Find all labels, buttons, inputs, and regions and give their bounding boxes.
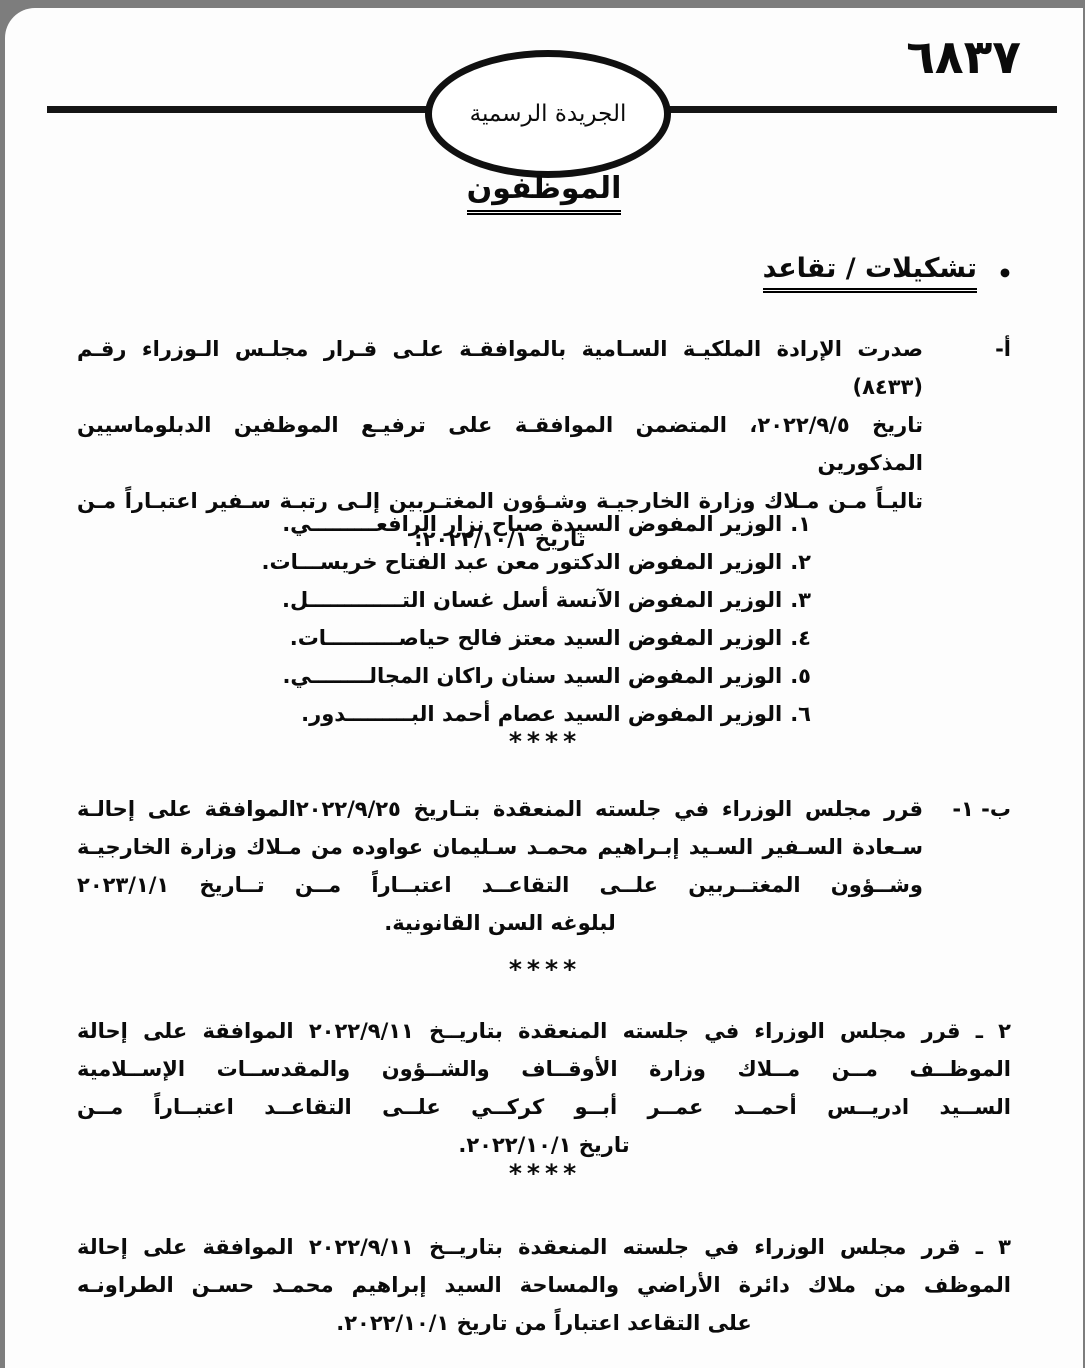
bullet-icon: • xyxy=(997,261,1013,286)
list-item-text: الوزير المفوض السيدة صباح نزار الرافعـــ… xyxy=(282,505,782,543)
text-line: ٢ ـ قرر مجلس الوزراء في جلسته المنعقدة ب… xyxy=(77,1012,1011,1050)
text-line: الموظف من ملاك دائرة الأراضي والمساحة ال… xyxy=(77,1266,1011,1304)
main-heading: الموظفون xyxy=(5,171,1083,206)
list-item-text: الوزير المفوض الدكتور معن عبد الفتاح خري… xyxy=(262,543,783,581)
list-item-number: ٢. xyxy=(790,543,811,581)
list-item-text: الوزير المفوض السيد معتز فالح حياصــــــ… xyxy=(290,619,782,657)
list-item: ٢. الوزير المفوض الدكتور معن عبد الفتاح … xyxy=(262,543,811,581)
section-heading-text: تشكيلات / تقاعد xyxy=(763,253,977,293)
text-line: لبلوغه السن القانونية. xyxy=(77,904,923,942)
text-line: قرر مجلس الوزراء في جلسته المنعقدة بتـار… xyxy=(77,790,923,828)
list-item-number: ٣. xyxy=(790,581,811,619)
text-line: على التقاعد اعتباراً من تاريخ ٢٠٢٢/١٠/١. xyxy=(77,1304,1011,1342)
paragraph-b1-marker: ب- ١- xyxy=(923,790,1011,942)
list-item-number: ٥. xyxy=(790,657,811,695)
gazette-title: الجريدة الرسمية xyxy=(470,101,627,127)
text-line: سـعادة السـفير السـيد إبـراهيم محمـد سـل… xyxy=(77,828,923,866)
section-heading: • تشكيلات / تقاعد xyxy=(763,253,1013,293)
paragraph-2: ٢ ـ قرر مجلس الوزراء في جلسته المنعقدة ب… xyxy=(77,1012,1011,1164)
text-line: وشــؤون المغتــربين علــى التقاعــد اعتب… xyxy=(77,866,923,904)
main-heading-text: الموظفون xyxy=(467,171,622,215)
promotion-list: ١. الوزير المفوض السيدة صباح نزار الرافع… xyxy=(262,505,811,733)
stars-separator: **** xyxy=(45,1160,1045,1188)
stars-separator: **** xyxy=(45,956,1045,984)
list-item: ٤. الوزير المفوض السيد معتز فالح حياصـــ… xyxy=(262,619,811,657)
list-item: ٥. الوزير المفوض السيد سنان راكان المجال… xyxy=(262,657,811,695)
list-item: ٣. الوزير المفوض الآنسة أسل غسان التــــ… xyxy=(262,581,811,619)
list-item-text: الوزير المفوض الآنسة أسل غسان التـــــــ… xyxy=(282,581,782,619)
text-line: صدرت الإرادة الملكيـة السـامية بالموافقـ… xyxy=(77,330,923,406)
text-line: الموظــف مــن مــلاك وزارة الأوقــاف وال… xyxy=(77,1050,1011,1088)
paragraph-3: ٣ ـ قرر مجلس الوزراء في جلسته المنعقدة ب… xyxy=(77,1228,1011,1342)
list-item-number: ٤. xyxy=(790,619,811,657)
gazette-seal-ellipse: الجريدة الرسمية xyxy=(425,50,671,178)
list-item-text: الوزير المفوض السيد سنان راكان المجالـــ… xyxy=(282,657,782,695)
stars-separator: **** xyxy=(45,728,1045,756)
text-line: ٣ ـ قرر مجلس الوزراء في جلسته المنعقدة ب… xyxy=(77,1228,1011,1266)
list-item-number: ١. xyxy=(790,505,811,543)
document-page: ٦٨٣٧ الجريدة الرسمية الموظفون • تشكيلات … xyxy=(5,8,1083,1368)
paragraph-b1-text: قرر مجلس الوزراء في جلسته المنعقدة بتـار… xyxy=(77,790,923,942)
text-line: الســيد ادريــس أحمــد عمــر أبــو كركــ… xyxy=(77,1088,1011,1126)
paragraph-a-marker: أ- xyxy=(923,330,1011,558)
paragraph-b1: ب- ١- قرر مجلس الوزراء في جلسته المنعقدة… xyxy=(77,790,1011,942)
text-line: تاريخ ٢٠٢٢/٩/٥، المتضمن الموافقـة على تر… xyxy=(77,406,923,482)
list-item: ١. الوزير المفوض السيدة صباح نزار الرافع… xyxy=(262,505,811,543)
page-number: ٦٨٣٧ xyxy=(906,30,1021,85)
viewer-background: ٦٨٣٧ الجريدة الرسمية الموظفون • تشكيلات … xyxy=(0,0,1085,1368)
